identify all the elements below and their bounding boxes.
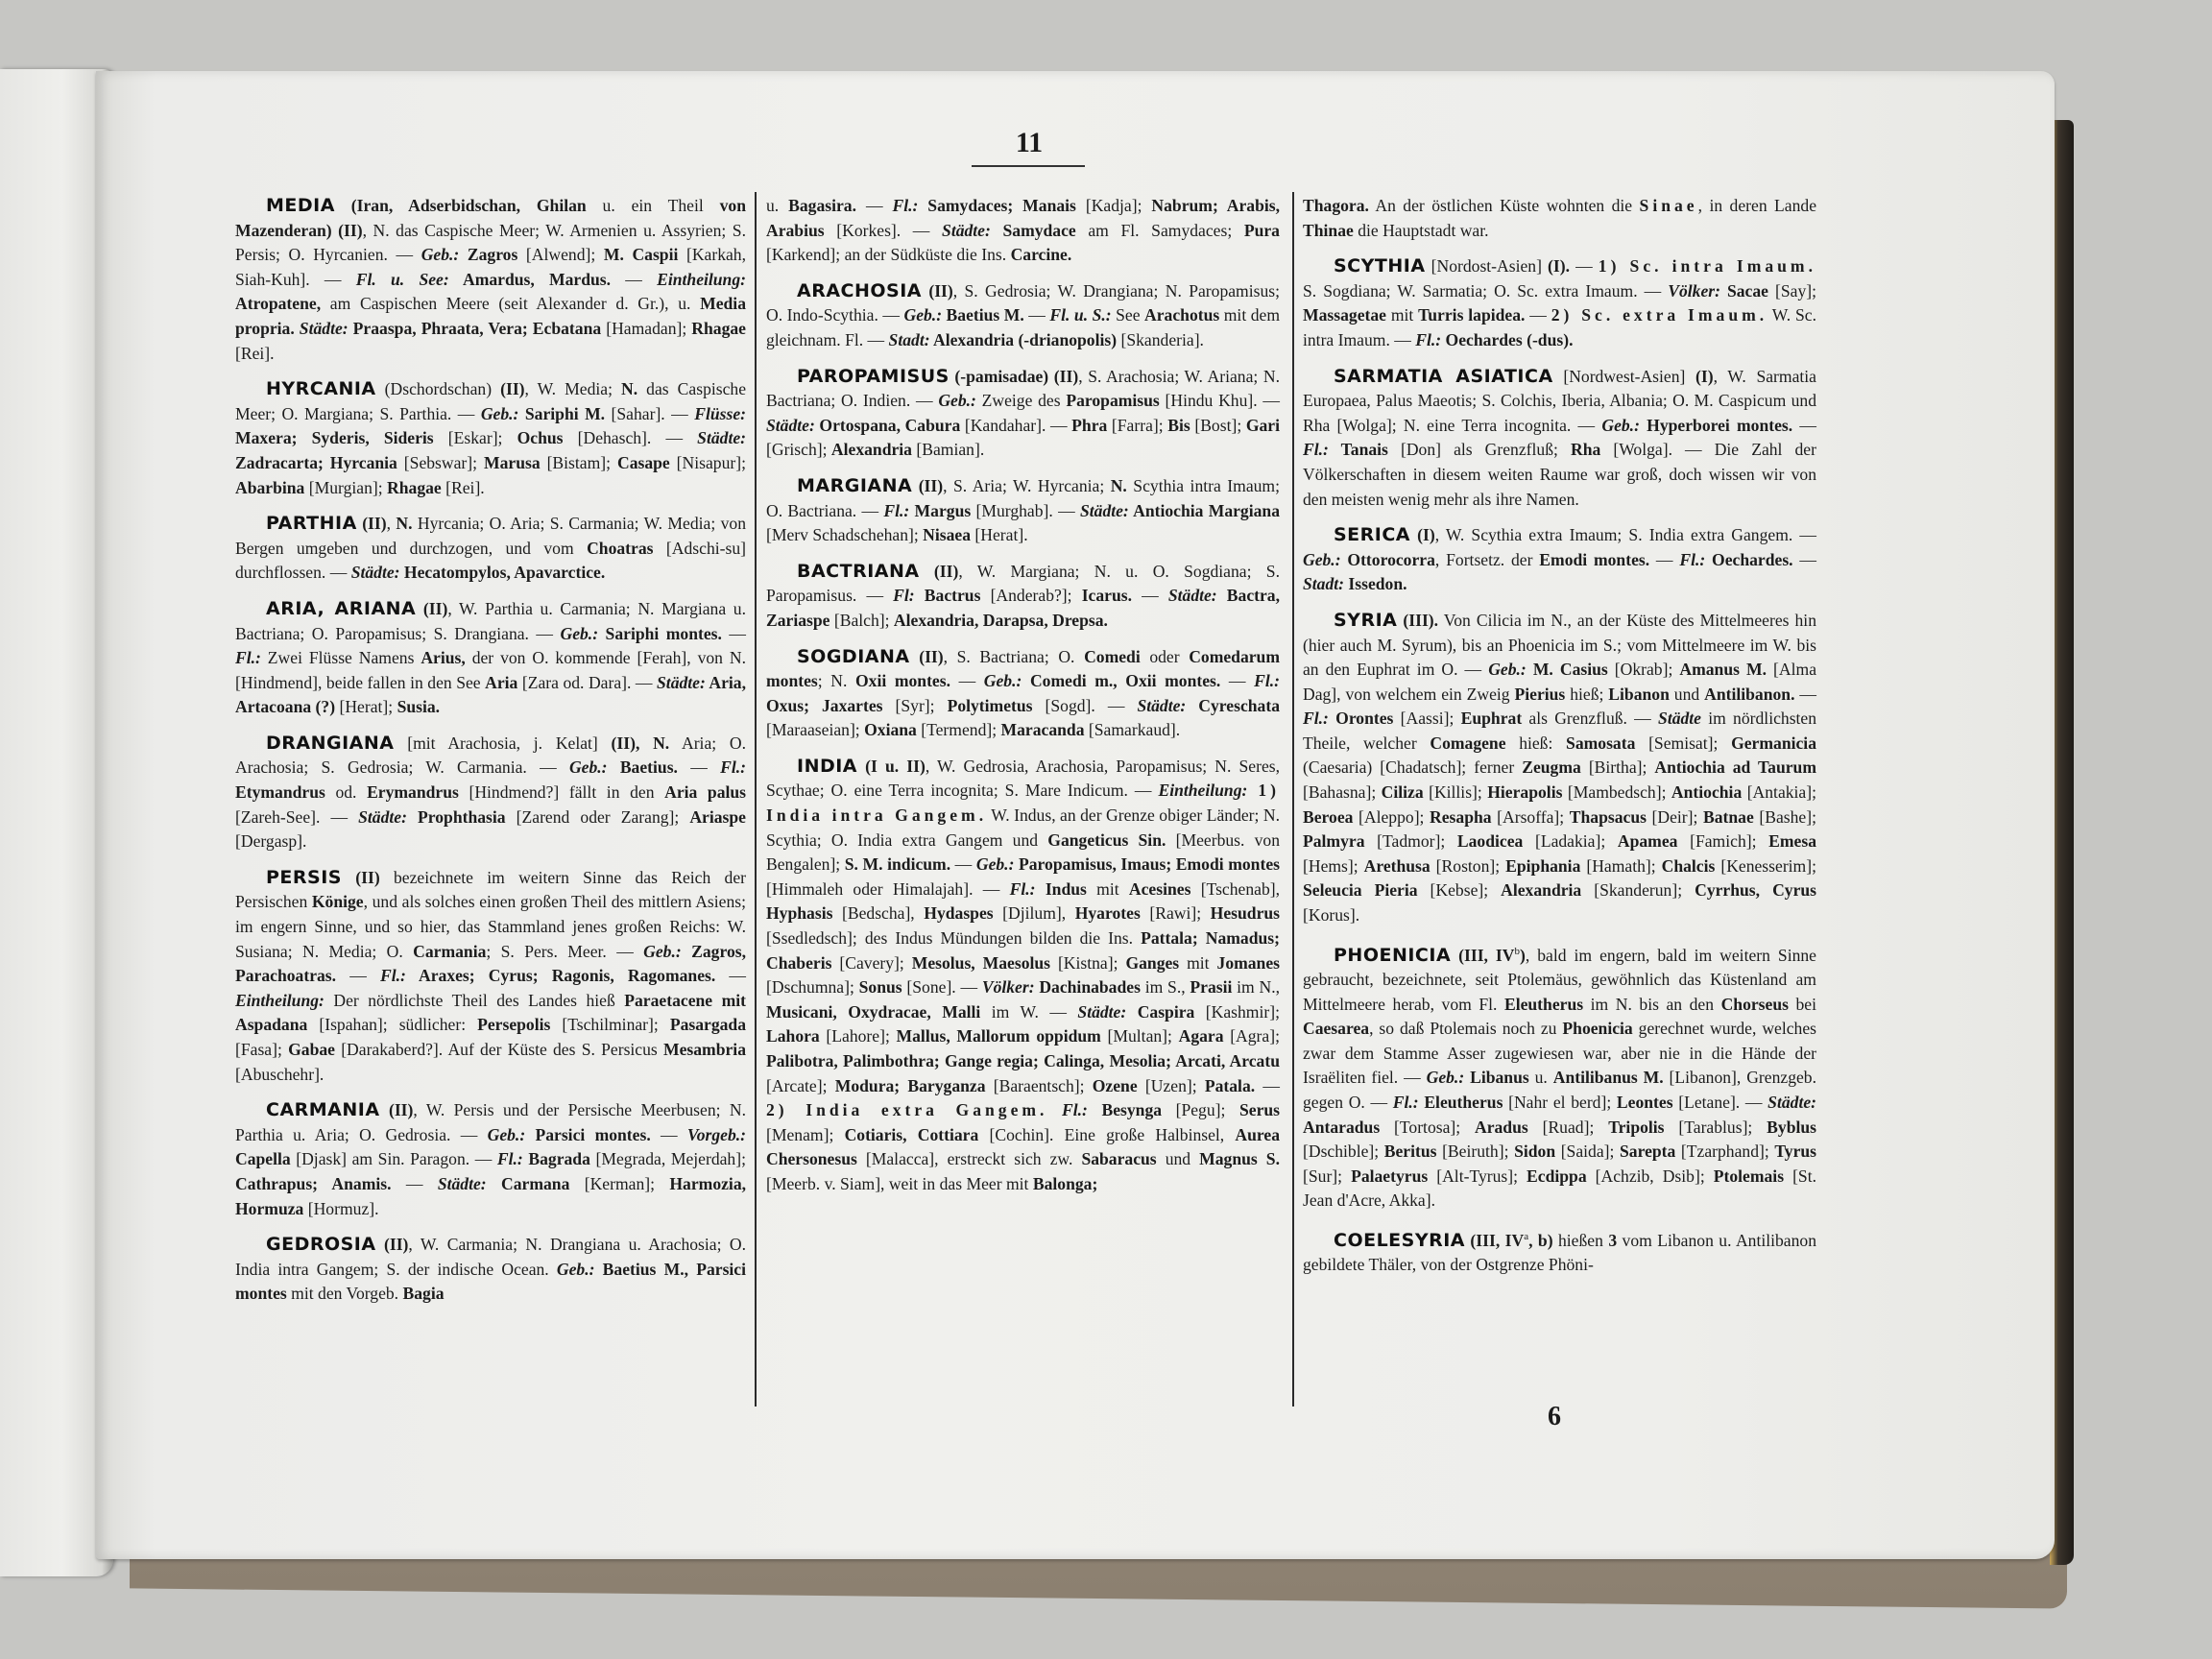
entry-text: [Rawi];	[1141, 903, 1211, 923]
entry-text: Eleutherus	[1419, 1093, 1503, 1112]
entry-text: —	[950, 854, 976, 874]
gazetteer-entry: DRANGIANA [mit Arachosia, j. Kelat] (II)…	[235, 732, 746, 854]
entry-text: [Arsoffa];	[1492, 807, 1570, 827]
entry-text: Städte:	[358, 807, 407, 827]
entry-text: Fl.:	[720, 757, 746, 777]
entry-text: Geb.:	[421, 245, 460, 264]
gazetteer-entry: SYRIA (III). Von Cilicia im N., an der K…	[1303, 609, 1816, 928]
entry-text: [Mambedsch];	[1562, 782, 1671, 802]
entry-text: —	[1792, 416, 1816, 435]
entry-text: Rhagae	[691, 319, 746, 338]
entry-text: Persepolis	[477, 1015, 550, 1034]
entry-text: und	[1157, 1149, 1199, 1168]
entry-text: Fl:	[893, 586, 914, 605]
entry-heading: SCYTHIA	[1334, 255, 1426, 276]
entry-text: [Sebswar];	[397, 453, 484, 472]
entry-text: [Rei].	[442, 478, 485, 497]
entry-text: Jomanes	[1217, 953, 1281, 973]
entry-text: Polytimetus	[948, 696, 1033, 715]
entry-text: Ottorocorra	[1341, 550, 1435, 569]
text-column-2: u. Bagasira. — Fl.: Samydaces; Manais [K…	[766, 194, 1280, 1209]
entry-text: [Zara od. Dara]. —	[517, 673, 657, 692]
entry-text: [Aassi];	[1393, 709, 1460, 728]
entry-text: ,	[387, 514, 397, 533]
entry-text: Tripolis	[1608, 1118, 1664, 1137]
entry-text: —	[1649, 550, 1679, 569]
entry-heading: BACTRIANA	[797, 561, 920, 582]
entry-text: Alexandria	[1501, 880, 1581, 900]
entry-text: Sariphi M.	[518, 404, 605, 423]
entry-text: Caspira	[1126, 1002, 1194, 1022]
entry-text: Alexandria	[831, 440, 912, 459]
entry-text: [Megrada, Mejerdah];	[590, 1149, 746, 1168]
entry-text: Geb.:	[481, 404, 519, 423]
entry-text: (II)	[910, 647, 944, 666]
entry-text: Musicani, Oxydracae, Malli	[766, 1002, 980, 1022]
entry-text: Atropatene,	[235, 294, 321, 313]
entry-text: Samosata	[1566, 733, 1635, 753]
entry-text: Antilibanon.	[1704, 685, 1794, 704]
entry-text: —	[722, 624, 746, 643]
entry-text: ; N.	[818, 671, 855, 690]
entry-text: [Hindu Khu]. —	[1160, 391, 1280, 410]
entry-text: [Djilum],	[994, 903, 1075, 923]
entry-text: [Maraaseian];	[766, 720, 864, 739]
entry-text: Chorseus	[1721, 995, 1789, 1014]
entry-text: [Pegu];	[1162, 1100, 1239, 1119]
entry-text: [Herat].	[971, 525, 1028, 544]
entry-text: Phra	[1071, 416, 1107, 435]
entry-text: Serus	[1239, 1100, 1280, 1119]
entry-text: Eintheilung:	[235, 991, 325, 1010]
gazetteer-entry: u. Bagasira. — Fl.: Samydaces; Manais [K…	[766, 194, 1280, 268]
entry-text: Cyrrhus, Cyrus	[1695, 880, 1816, 900]
entry-text: [Tortosa];	[1380, 1118, 1475, 1137]
text-column-3: Thagora. An der östlichen Küste wohnten …	[1303, 194, 1816, 1289]
entry-text: [Kenesserim];	[1715, 856, 1816, 876]
entry-text: Fl. u. S.:	[1049, 305, 1111, 325]
entry-text: Phoenicia	[1562, 1019, 1632, 1038]
entry-text: Maxera; Syderis, Sideris	[235, 428, 434, 447]
entry-text: [Zarend oder Zarang];	[506, 807, 690, 827]
entry-text: Fl.:	[1303, 440, 1329, 459]
entry-text: Fl.:	[1415, 330, 1441, 349]
entry-text: hießen	[1553, 1231, 1609, 1250]
entry-text: Sacae	[1720, 281, 1768, 301]
entry-text: Cyreschata	[1186, 696, 1280, 715]
entry-text: [Bashe];	[1754, 807, 1816, 827]
entry-text: [Deir];	[1647, 807, 1703, 827]
entry-text: [Tschilminar];	[550, 1015, 669, 1034]
entry-text: Hyphasis	[766, 903, 832, 923]
entry-text: im W. —	[980, 1002, 1077, 1022]
entry-text: Stadt:	[1303, 574, 1344, 593]
entry-text: [Darakaberd?]. Auf der Küste des S. Pers…	[335, 1040, 663, 1059]
gazetteer-entry: CARMANIA (II), W. Persis und der Persisc…	[235, 1098, 746, 1221]
entry-text: [Famich];	[1677, 831, 1768, 851]
gazetteer-entry: BACTRIANA (II), W. Margiana; N. u. O. So…	[766, 560, 1280, 634]
entry-heading: SARMATIA ASIATICA	[1334, 366, 1553, 387]
entry-text: , b)	[1528, 1231, 1552, 1250]
entry-text: Arius,	[421, 648, 465, 667]
entry-text: Carmana	[487, 1174, 570, 1193]
signature-mark: 6	[1548, 1402, 1561, 1432]
entry-text: Fl.:	[883, 501, 909, 520]
entry-text: Eintheilung:	[657, 270, 746, 289]
entry-heading: MARGIANA	[797, 475, 912, 496]
entry-text: Abarbina	[235, 478, 304, 497]
entry-text: —	[392, 1174, 438, 1193]
entry-text: [Farra];	[1107, 416, 1167, 435]
entry-text: Batnae	[1703, 807, 1754, 827]
entry-text: Etymandrus	[235, 782, 325, 802]
entry-text: [Bedscha],	[832, 903, 924, 923]
entry-text: Zweige des	[976, 391, 1066, 410]
entry-text: Antaradus	[1303, 1118, 1380, 1137]
entry-text: [Djask] am Sin. Paragon. —	[291, 1149, 497, 1168]
entry-text: Palibotra, Palimbothra; Gange regia; Cal…	[766, 1051, 1280, 1070]
entry-text: [Hindmend?] fällt in den	[459, 782, 664, 802]
entry-text: Ecdippa	[1527, 1166, 1587, 1186]
entry-text: Städte:	[1767, 1093, 1816, 1112]
entry-text: Hesudrus	[1211, 903, 1280, 923]
entry-text: Zagros	[459, 245, 517, 264]
entry-text: , so daß Ptolemais noch zu	[1369, 1019, 1562, 1038]
entry-text: Mesolus, Maesolus	[912, 953, 1050, 973]
entry-text: —	[1794, 685, 1816, 704]
entry-text: Maracanda	[1001, 720, 1085, 739]
gazetteer-entry: SCYTHIA [Nordost-Asien] (I). — 1) Sc. in…	[1303, 254, 1816, 352]
entry-text: als Grenzfluß. —	[1522, 709, 1658, 728]
entry-text: Geb.:	[938, 391, 976, 410]
entry-text: —	[715, 966, 746, 985]
entry-text: Germanicia	[1731, 733, 1816, 753]
entry-text: [Tschenab],	[1190, 879, 1280, 899]
entry-text: [Antakia];	[1742, 782, 1816, 802]
entry-text: (II)	[500, 379, 524, 398]
entry-text: Cathrapus; Anamis.	[235, 1174, 392, 1193]
entry-text: [Fasa];	[235, 1040, 288, 1059]
entry-text: N.	[1111, 476, 1127, 495]
entry-text: Ortospana, Cabura	[815, 416, 960, 435]
entry-text: Leontes	[1617, 1093, 1673, 1112]
entry-text: Palmyra	[1303, 831, 1365, 851]
entry-text: Baetius M.	[942, 305, 1024, 325]
entry-text: Libanon	[1608, 685, 1670, 704]
entry-text: Fl.:	[1062, 1100, 1088, 1119]
entry-text: Aria	[485, 673, 517, 692]
entry-text: Arachotus	[1144, 305, 1219, 325]
entry-text: S. M. indicum.	[845, 854, 950, 874]
entry-heading: ARACHOSIA	[797, 280, 922, 301]
entry-text: Bagasira.	[788, 196, 856, 215]
entry-text: Margus	[909, 501, 971, 520]
entry-text: —	[950, 671, 984, 690]
entry-text: Mesambria	[663, 1040, 746, 1059]
gazetteer-entry: INDIA (I u. II), W. Gedrosia, Arachosia,…	[766, 755, 1280, 1197]
entry-text: See	[1112, 305, 1144, 325]
entry-text: [Tadmor];	[1365, 831, 1457, 851]
entry-text: (I).	[1548, 256, 1570, 276]
entry-text: [Murgian];	[304, 478, 387, 497]
entry-text: [Arcate];	[766, 1076, 835, 1095]
entry-text: Comedi	[1084, 647, 1141, 666]
entry-text: [Uzen];	[1138, 1076, 1205, 1095]
entry-heading: SOGDIANA	[797, 646, 910, 667]
entry-text: —	[678, 757, 720, 777]
entry-text: Alexandria, Darapsa, Drepsa.	[894, 611, 1108, 630]
entry-text: (III).	[1397, 611, 1438, 630]
entry-text: Mallus, Mallorum oppidum	[897, 1026, 1101, 1046]
entry-text: Stadt:	[889, 330, 930, 349]
entry-text: (II)	[416, 599, 447, 618]
entry-text: Thagora.	[1303, 196, 1369, 215]
entry-text: , W. Scythia extra Imaum; S. India extra…	[1435, 525, 1816, 544]
entry-text: Städte:	[1137, 696, 1186, 715]
entry-text: [Achzib, Dsib];	[1587, 1166, 1714, 1186]
entry-text: [Skanderun];	[1581, 880, 1695, 900]
entry-text: M. Casius	[1527, 660, 1608, 679]
entry-text: Städte:	[438, 1174, 487, 1193]
entry-text: [Sogd]. —	[1033, 696, 1138, 715]
gazetteer-entry: HYRCANIA (Dschordschan) (II), W. Media; …	[235, 377, 746, 500]
entry-text: Patala.	[1205, 1076, 1255, 1095]
entry-text: Capella	[235, 1149, 291, 1168]
entry-text: Baetius.	[608, 757, 678, 777]
entry-text: Erymandrus	[367, 782, 459, 802]
entry-text: Thapsacus	[1570, 807, 1647, 827]
entry-text: im N. bis an den	[1583, 995, 1720, 1014]
entry-text: Thinae	[1303, 221, 1354, 240]
entry-text: [Semisat];	[1635, 733, 1731, 753]
entry-text: Beritus	[1384, 1142, 1437, 1161]
entry-text: und	[1670, 685, 1704, 704]
entry-text: Geb.:	[984, 671, 1022, 690]
entry-text: [Hamadan];	[601, 319, 691, 338]
entry-text: Araxes; Cyrus; Ragonis, Ragomanes.	[406, 966, 715, 985]
page-number: 11	[1010, 127, 1048, 159]
entry-text	[1047, 1100, 1062, 1119]
entry-text: —	[611, 270, 657, 289]
entry-text: [Dergasp].	[235, 831, 306, 851]
entry-text: Ciliza	[1382, 782, 1424, 802]
entry-text: Geb.:	[976, 854, 1015, 874]
entry-text: Geb.:	[643, 942, 682, 961]
entry-text: [Dschumna];	[766, 977, 859, 997]
entry-heading: PHOENICIA	[1334, 944, 1451, 965]
entry-text: [Lahore];	[820, 1026, 897, 1046]
entry-text: Könige	[312, 892, 364, 911]
gazetteer-entry: SARMATIA ASIATICA [Nordwest-Asien] (I), …	[1303, 365, 1816, 513]
entry-heading: ARIA, ARIANA	[266, 598, 416, 619]
entry-text: Fl.:	[1303, 709, 1329, 728]
entry-text: Amardus, Mardus.	[449, 270, 611, 289]
entry-text: Hierapolis	[1487, 782, 1562, 802]
entry-text: Hyperborei montes.	[1640, 416, 1792, 435]
entry-text: Ochus	[517, 428, 564, 447]
entry-text: Ariaspe	[689, 807, 746, 827]
entry-text: Tanais	[1329, 440, 1388, 459]
entry-text: Antiochia ad Taurum	[1654, 757, 1816, 777]
entry-text: Issedon.	[1344, 574, 1407, 593]
entry-text: mit den Vorgeb.	[287, 1284, 403, 1303]
entry-text: —	[651, 1125, 687, 1144]
entry-text: [Letane]. —	[1673, 1093, 1768, 1112]
entry-text: ; S. Pers. Meer. —	[486, 942, 643, 961]
entry-text: Orontes	[1329, 709, 1394, 728]
entry-text: [Multan];	[1101, 1026, 1179, 1046]
entry-text: Flüsse:	[694, 404, 746, 423]
gazetteer-entry: Thagora. An der östlichen Küste wohnten …	[1303, 194, 1816, 243]
entry-text: [Saida];	[1555, 1142, 1620, 1161]
entry-text: [Roston];	[1431, 856, 1505, 876]
entry-heading: MEDIA	[266, 195, 335, 216]
gazetteer-entry: GEDROSIA (II), W. Carmania; N. Drangiana…	[235, 1233, 746, 1307]
entry-text: [Grisch];	[766, 440, 831, 459]
gazetteer-entry: SERICA (I), W. Scythia extra Imaum; S. I…	[1303, 523, 1816, 597]
entry-text: die Hauptstadt war.	[1354, 221, 1489, 240]
entry-text: [Anderab?];	[980, 586, 1081, 605]
entry-text: Fl.:	[1254, 671, 1280, 690]
entry-text: [Meerb. v. Siam], weit in das Meer mit	[766, 1174, 1033, 1193]
entry-text: Ptolemais	[1714, 1166, 1784, 1186]
entry-text: [Kadja];	[1076, 196, 1152, 215]
gazetteer-entry: MEDIA (Iran, Adserbidschan, Ghilan u. ei…	[235, 194, 746, 366]
entry-heading: PARTHIA	[266, 513, 357, 534]
entry-text: Eintheilung:	[1158, 781, 1247, 800]
entry-text: Praaspa, Phraata, Vera; Ecbatana	[349, 319, 602, 338]
entry-text: , in deren Lande	[1698, 196, 1816, 215]
entry-text: Geb.:	[1427, 1068, 1465, 1087]
entry-text: Massagetae	[1303, 305, 1386, 325]
entry-text: N.	[396, 514, 412, 533]
entry-text: hieß;	[1565, 685, 1608, 704]
entry-text: Geb.:	[1488, 660, 1527, 679]
entry-text: Palaetyrus	[1351, 1166, 1428, 1186]
entry-text: [Bahasna];	[1303, 782, 1382, 802]
entry-text: Prasii	[1190, 977, 1232, 997]
entry-text: Lahora	[766, 1026, 820, 1046]
entry-text: Zwei Flüsse Namens	[261, 648, 421, 667]
entry-text: Comedi m., Oxii montes.	[1022, 671, 1220, 690]
entry-text: (II)	[912, 476, 943, 495]
entry-heading: CARMANIA	[266, 1099, 380, 1120]
entry-text: [Zareh-See]. —	[235, 807, 358, 827]
entry-text: Arethusa	[1364, 856, 1431, 876]
entry-text: Gabae	[288, 1040, 335, 1059]
entry-text: 1) Sc. intra Imaum.	[1599, 256, 1816, 276]
entry-text: —	[1255, 1076, 1280, 1095]
entry-heading: DRANGIANA	[266, 733, 394, 754]
entry-text: , Fortsetz. der	[1435, 550, 1539, 569]
entry-text: im S.,	[1141, 977, 1190, 997]
entry-text: Magnus S.	[1199, 1149, 1280, 1168]
entry-text: Chalcis	[1662, 856, 1716, 876]
entry-text: 2) India extra Gangem.	[766, 1100, 1047, 1119]
entry-text: [Sahar]. —	[605, 404, 694, 423]
entry-text: Pierius	[1515, 685, 1566, 704]
entry-text: Geb.:	[561, 624, 599, 643]
entry-text: Gangeticus Sin.	[1047, 830, 1166, 850]
entry-text: Carcine.	[1011, 245, 1072, 264]
entry-text: [Alt-Tyrus];	[1428, 1166, 1527, 1186]
entry-text: Agara	[1179, 1026, 1224, 1046]
entry-text: Städte:	[300, 319, 349, 338]
entry-text: [Bistam];	[541, 453, 617, 472]
entry-text: Eleutherus	[1504, 995, 1583, 1014]
entry-text: (II)	[922, 281, 953, 301]
entry-text: (I u. II)	[857, 757, 926, 776]
entry-text: S. Sogdiana; W. Sarmatia; O. Sc. extra I…	[1303, 281, 1668, 301]
entry-text: Ozene	[1093, 1076, 1138, 1095]
entry-text: u. ein Theil	[587, 196, 720, 215]
entry-text: Paropamisus	[1066, 391, 1159, 410]
entry-text: Städte:	[351, 563, 400, 582]
entry-text: [Menam];	[766, 1125, 845, 1144]
entry-text: Städte:	[697, 428, 746, 447]
entry-text: Samydace	[991, 221, 1076, 240]
entry-text: (II)	[357, 514, 387, 533]
entry-text: N.	[621, 379, 637, 398]
entry-text: Euphrat	[1461, 709, 1523, 728]
entry-text: am Fl. Samydaces;	[1076, 221, 1244, 240]
entry-text: (II)	[376, 1235, 409, 1254]
entry-text: [Ispahan]; südlicher:	[307, 1015, 477, 1034]
entry-text: (II), N.	[612, 733, 670, 753]
entry-text: [Hormuz].	[303, 1199, 378, 1218]
entry-text: Städte:	[766, 416, 815, 435]
entry-text: Städte:	[657, 673, 706, 692]
entry-text: [Murghab]. —	[971, 501, 1080, 520]
entry-text: Zadracarta; Hyrcania	[235, 453, 397, 472]
entry-text: [Ssedledsch]; des Indus Mündungen bilden…	[766, 928, 1141, 948]
entry-text: Bactrus	[915, 586, 981, 605]
entry-heading: INDIA	[797, 756, 857, 777]
page-number-rule	[972, 165, 1085, 167]
entry-text: Modura; Baryganza	[835, 1076, 986, 1095]
entry-text: Hecatompylos, Apavarctice.	[400, 563, 606, 582]
entry-text: —	[1220, 671, 1254, 690]
entry-text: Städte:	[1168, 586, 1217, 605]
entry-text: (-pamisadae) (II)	[950, 367, 1078, 386]
entry-text: [Hems];	[1303, 856, 1364, 876]
entry-text: Oxiana	[864, 720, 917, 739]
gazetteer-entry: ARACHOSIA (II), S. Gedrosia; W. Drangian…	[766, 279, 1280, 353]
entry-text: [Nisapur];	[670, 453, 746, 472]
entry-text: Rha	[1571, 440, 1600, 459]
entry-text: Geb.:	[1601, 416, 1640, 435]
entry-text: (II)	[920, 562, 959, 581]
entry-text: Parsici montes.	[525, 1125, 651, 1144]
entry-text: Comagene	[1430, 733, 1505, 753]
entry-text: Völker:	[1668, 281, 1720, 301]
entry-text: An der östlichen Küste wohnten die	[1369, 196, 1640, 215]
entry-text: 3	[1608, 1231, 1617, 1250]
entry-heading: PERSIS	[266, 867, 342, 888]
entry-text: [Say];	[1768, 281, 1816, 301]
entry-text: Sarepta	[1620, 1142, 1675, 1161]
entry-text: Sinae	[1640, 196, 1698, 215]
entry-text: [Kashmir];	[1194, 1002, 1280, 1022]
entry-text: (II)	[342, 868, 380, 887]
entry-text: (III, IV	[1451, 945, 1514, 964]
gazetteer-entry: PARTHIA (II), N. Hyrcania; O. Aria; S. C…	[235, 512, 746, 586]
entry-text: [Korus].	[1303, 905, 1359, 925]
entry-text: Oechardes.	[1705, 550, 1792, 569]
entry-text: Gari	[1246, 416, 1280, 435]
entry-text: od.	[325, 782, 367, 802]
entry-text: Fl.:	[1679, 550, 1705, 569]
